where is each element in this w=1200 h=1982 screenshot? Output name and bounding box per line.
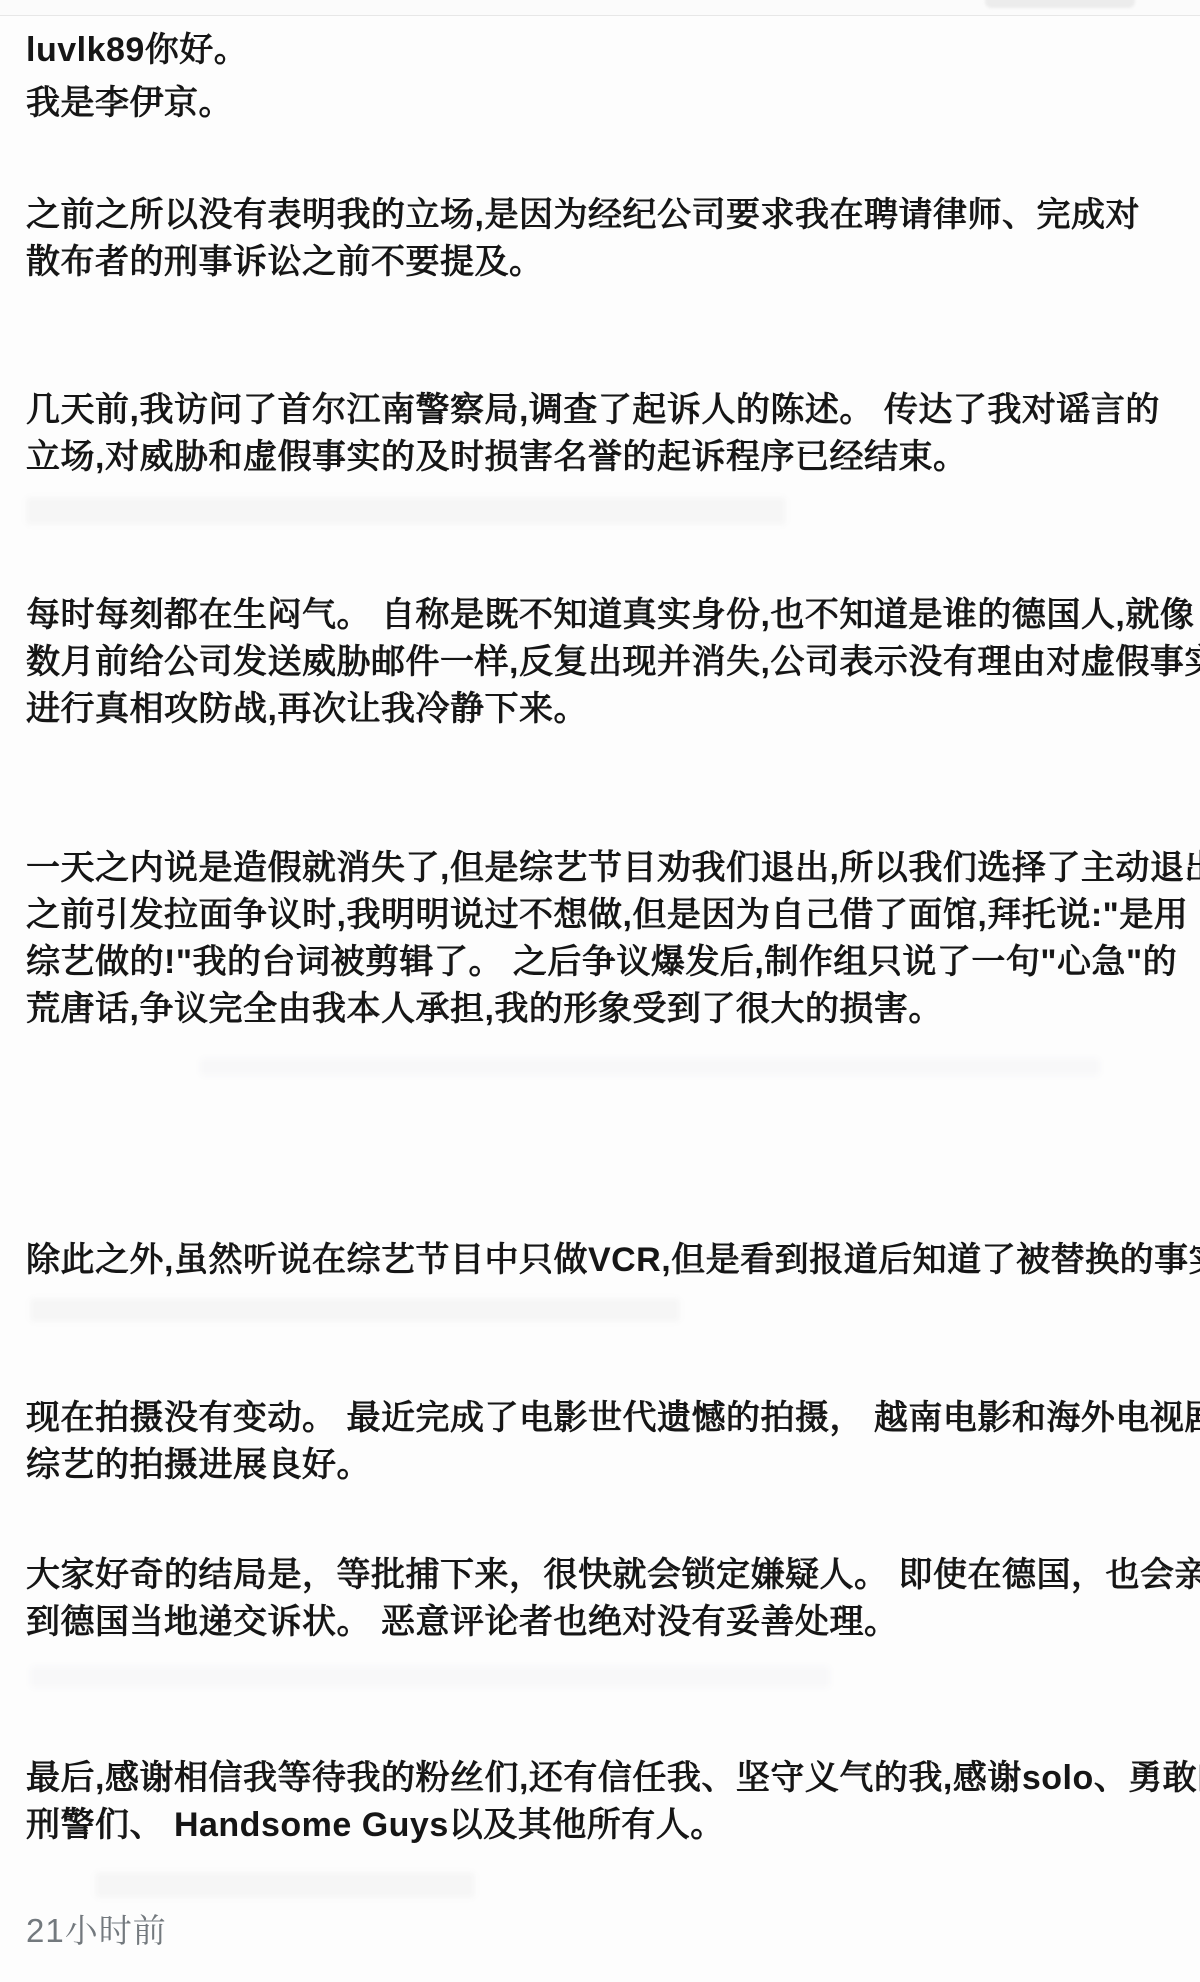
post-paragraph: 最后,感谢相信我等待我的粉丝们,还有信任我、坚守义气的我,感谢solo、勇敢的 … — [26, 1755, 1180, 1849]
post-line: 散布者的刑事诉讼之前不要提及。 — [26, 239, 1180, 286]
post-line: 一天之内说是造假就消失了,但是综艺节目劝我们退出,所以我们选择了主动退出。 — [26, 845, 1180, 892]
post-timestamp: 21小时前 — [26, 1911, 1180, 1951]
post-line: 几天前,我访问了首尔江南警察局,调查了起诉人的陈述。 传达了我对谣言的 — [26, 387, 1180, 434]
post-line: 荒唐话,争议完全由我本人承担,我的形象受到了很大的损害。 — [26, 986, 1180, 1033]
post-line: 进行真相攻防战,再次让我冷静下来。 — [26, 686, 1180, 733]
post-line: 现在拍摄没有变动。 最近完成了电影世代遗憾的拍摄， 越南电影和海外电视剧、 — [26, 1395, 1180, 1442]
post-line: 除此之外,虽然听说在综艺节目中只做VCR,但是看到报道后知道了被替换的事实。 — [26, 1237, 1180, 1284]
post-paragraph: 大家好奇的结局是，等批捕下来，很快就会锁定嫌疑人。 即使在德国，也会亲自 到德国… — [26, 1552, 1180, 1646]
post-paragraph: 除此之外,虽然听说在综艺节目中只做VCR,但是看到报道后知道了被替换的事实。 — [26, 1237, 1180, 1284]
post-line: 之前引发拉面争议时,我明明说过不想做,但是因为自己借了面馆,拜托说:"是用 — [26, 892, 1180, 939]
post-body: luvlk89你好。 我是李伊京。 之前之所以没有表明我的立场,是因为经纪公司要… — [0, 27, 1200, 1951]
post-line: 综艺的拍摄进展良好。 — [26, 1442, 1180, 1489]
post-paragraph: 每时每刻都在生闷气。 自称是既不知道真实身份,也不知道是谁的德国人,就像 数月前… — [26, 592, 1180, 733]
post-line: 之前之所以没有表明我的立场,是因为经纪公司要求我在聘请律师、完成对 — [26, 192, 1180, 239]
post-line: 每时每刻都在生闷气。 自称是既不知道真实身份,也不知道是谁的德国人,就像 — [26, 592, 1180, 639]
post-paragraph: 现在拍摄没有变动。 最近完成了电影世代遗憾的拍摄， 越南电影和海外电视剧、 综艺… — [26, 1395, 1180, 1489]
post-line: 大家好奇的结局是，等批捕下来，很快就会锁定嫌疑人。 即使在德国，也会亲自 — [26, 1552, 1180, 1599]
post-paragraph: 几天前,我访问了首尔江南警察局,调查了起诉人的陈述。 传达了我对谣言的 立场,对… — [26, 387, 1180, 481]
post-line: 数月前给公司发送威胁邮件一样,反复出现并消失,公司表示没有理由对虚假事实 — [26, 639, 1180, 686]
post-line: 最后,感谢相信我等待我的粉丝们,还有信任我、坚守义气的我,感谢solo、勇敢的 — [26, 1755, 1180, 1802]
post-line: 刑警们、 Handsome Guys以及其他所有人。 — [26, 1802, 1180, 1849]
post-line: 综艺做的!"我的台词被剪辑了。 之后争议爆发后,制作组只说了一句"心急"的 — [26, 939, 1180, 986]
post-paragraph: 之前之所以没有表明我的立场,是因为经纪公司要求我在聘请律师、完成对 散布者的刑事… — [26, 192, 1180, 286]
post-paragraph: 一天之内说是造假就消失了,但是综艺节目劝我们退出,所以我们选择了主动退出。 之前… — [26, 845, 1180, 1033]
top-divider-bar — [0, 0, 1200, 16]
scroll-indicator-fragment — [985, 0, 1135, 8]
post-paragraph: 我是李伊京。 — [26, 80, 1180, 127]
post-line: 到德国当地递交诉状。 恶意评论者也绝对没有妥善处理。 — [26, 1599, 1180, 1646]
post-paragraph: luvlk89你好。 — [26, 27, 1180, 74]
post-line: 我是李伊京。 — [26, 80, 1180, 127]
post-line: luvlk89你好。 — [26, 27, 1180, 74]
post-line: 立场,对威胁和虚假事实的及时损害名誉的起诉程序已经结束。 — [26, 434, 1180, 481]
